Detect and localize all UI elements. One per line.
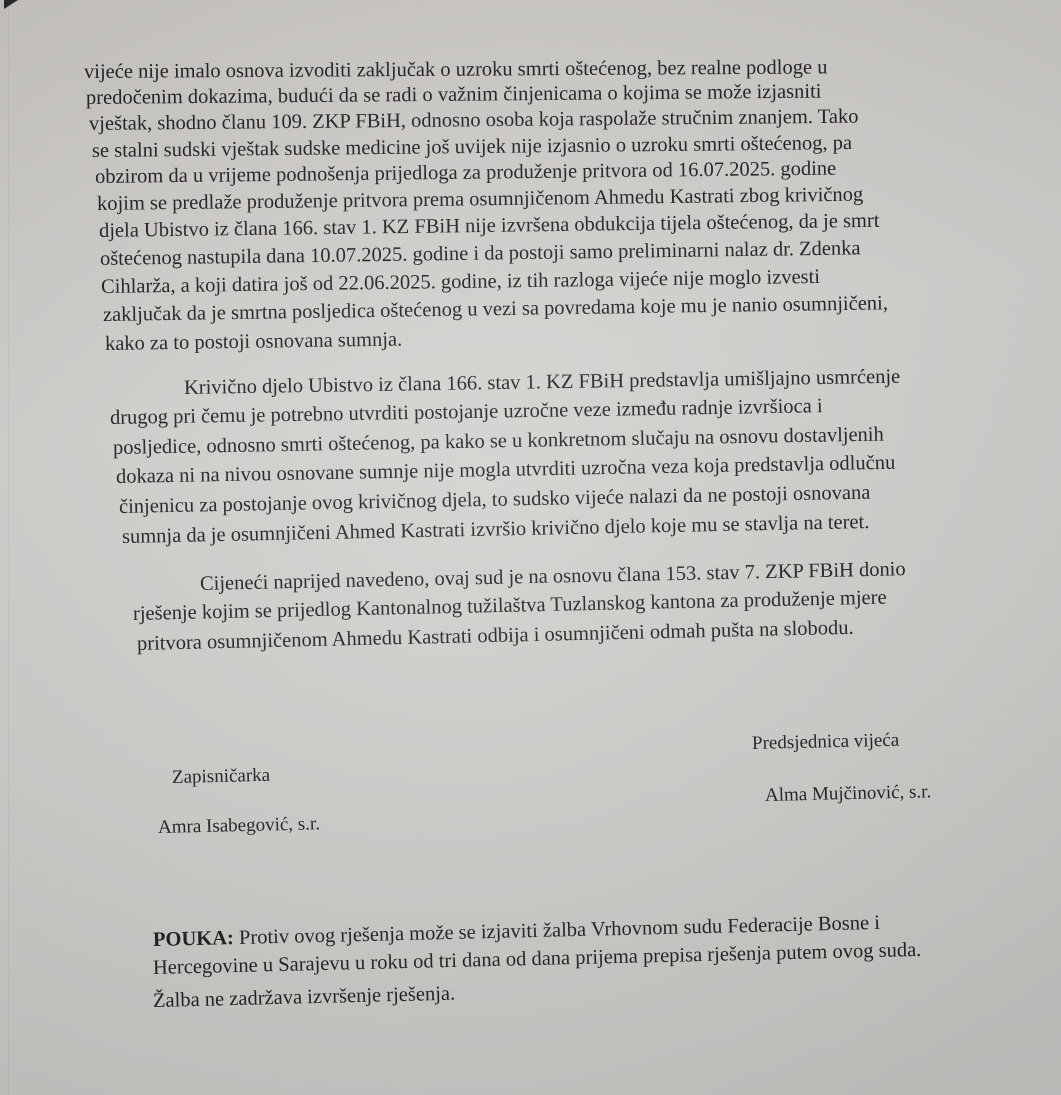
right-signature-name: Alma Mujčinović, s.r.: [765, 782, 932, 805]
text-line: sumnja da je osumnjičeni Ahmed Kastrati …: [122, 512, 870, 547]
text-line: drugog pri čemu je potrebno utvrditi pos…: [110, 396, 823, 428]
text-line: kojim se predlaže produženje pritvora pr…: [97, 185, 863, 215]
text-line: djela Ubistvo iz člana 166. stav 1. KZ F…: [99, 211, 880, 242]
notice-label: POUKA:: [153, 927, 234, 951]
left-signature-name: Amra Isabegović, s.r.: [158, 814, 320, 837]
text-line: oštećenog nastupila dana 10.07.2025. god…: [100, 238, 861, 269]
text-line: predočenim dokazima, budući da se radi o…: [86, 82, 822, 109]
text-line: kako za to postoji osnovana sumnja.: [105, 330, 402, 355]
paper-fold: [8, 0, 11, 1095]
text-line: Žalba ne zadržava izvršenje rješenja.: [153, 984, 456, 1012]
text-line: zaključak da je smrtna posljedica ošteće…: [103, 293, 888, 325]
text-line: Krivično djelo Ubistvo iz člana 166. sta…: [184, 367, 900, 399]
text-line: Cihlarža, a koji datira još od 22.06.202…: [101, 267, 820, 298]
text-line: se stalni sudski vještak sudske medicine…: [92, 133, 852, 161]
page-corner: [4, 0, 18, 9]
left-signature-role: Zapisničarka: [172, 766, 271, 787]
text-line: pritvora osumnjičenom Ahmedu Kastrati od…: [137, 618, 854, 655]
text-line: dokaza ni na nivou osnovane sumnje nije …: [116, 453, 896, 488]
text-line: vještak, shodno članu 109. ZKP FBiH, odn…: [89, 107, 859, 135]
text-line: obzirom da u vrijeme podnošenja prijedlo…: [95, 159, 836, 188]
right-signature-role: Predsjednica vijeća: [752, 731, 900, 753]
text-line: vijeće nije imalo osnova izvoditi zaklju…: [84, 57, 984, 83]
